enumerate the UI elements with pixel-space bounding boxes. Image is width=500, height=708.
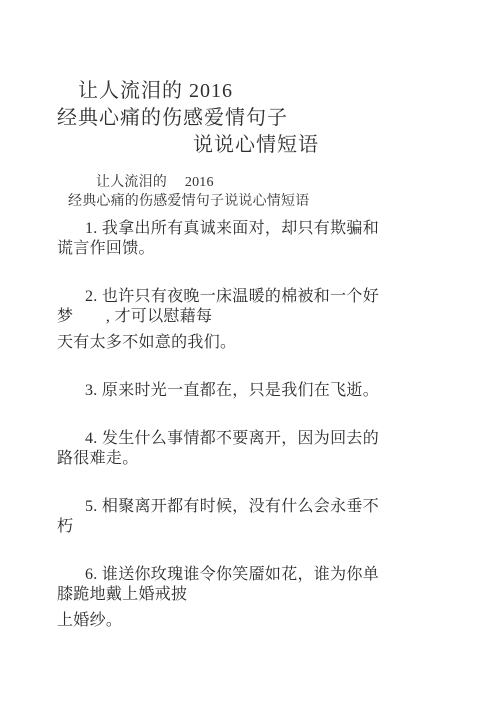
paragraph: 3. 原来时光一直都在，只是我们在飞逝。 (57, 381, 450, 401)
document-page: 让人流泪的 2016 经典心痛的伤感爱情句子 说说心情短语 让人流泪的 2016… (0, 0, 500, 708)
title-line-1: 让人流泪的 2016 (57, 78, 465, 105)
paragraph: 5. 相聚离开都有时候，没有什么会永垂不朽 (57, 497, 450, 537)
body-paragraphs: 1. 我拿出所有真诚来面对，却只有欺骗和谎言作回馈。2. 也许只有夜晚一床温暖的… (57, 219, 450, 631)
paragraph-line: 3. 原来时光一直都在，只是我们在飞逝。 (57, 381, 450, 401)
paragraph-line: 朽 (57, 517, 450, 537)
document-subtitle: 让人流泪的 2016 经典心痛的伤感爱情句子说说心情短语 (68, 173, 465, 211)
subtitle-line-1: 让人流泪的 2016 (68, 173, 465, 192)
paragraph-line: 梦 , 才可以慰藉每 (57, 307, 450, 327)
subtitle-line-2: 经典心痛的伤感爱情句子说说心情短语 (68, 192, 465, 211)
paragraph: 6. 谁送你玫瑰谁令你笑靥如花，谁为你单膝跪地戴上婚戒披上婚纱。 (57, 565, 450, 631)
paragraph-line: 6. 谁送你玫瑰谁令你笑靥如花，谁为你单 (57, 565, 450, 585)
paragraph-line: 天有太多不如意的我们。 (57, 333, 450, 353)
title-line-2: 经典心痛的伤感爱情句子 (57, 105, 465, 132)
paragraph-line: 膝跪地戴上婚戒披 (57, 585, 450, 605)
paragraph: 1. 我拿出所有真诚来面对，却只有欺骗和谎言作回馈。 (57, 219, 450, 259)
paragraph-line: 4. 发生什么事情都不要离开，因为回去的 (57, 429, 450, 449)
paragraph: 2. 也许只有夜晚一床温暖的棉被和一个好梦 , 才可以慰藉每天有太多不如意的我们… (57, 287, 450, 353)
paragraph-line: 谎言作回馈。 (57, 239, 450, 259)
paragraph-line: 2. 也许只有夜晚一床温暖的棉被和一个好 (57, 287, 450, 307)
paragraph-line: 路很难走。 (57, 449, 450, 469)
paragraph-line: 5. 相聚离开都有时候，没有什么会永垂不 (57, 497, 450, 517)
paragraph: 4. 发生什么事情都不要离开，因为回去的路很难走。 (57, 429, 450, 469)
paragraph-line: 1. 我拿出所有真诚来面对，却只有欺骗和 (57, 219, 450, 239)
title-line-3: 说说心情短语 (57, 132, 465, 159)
document-title: 让人流泪的 2016 经典心痛的伤感爱情句子 说说心情短语 (57, 78, 465, 159)
paragraph-line: 上婚纱。 (57, 611, 450, 631)
